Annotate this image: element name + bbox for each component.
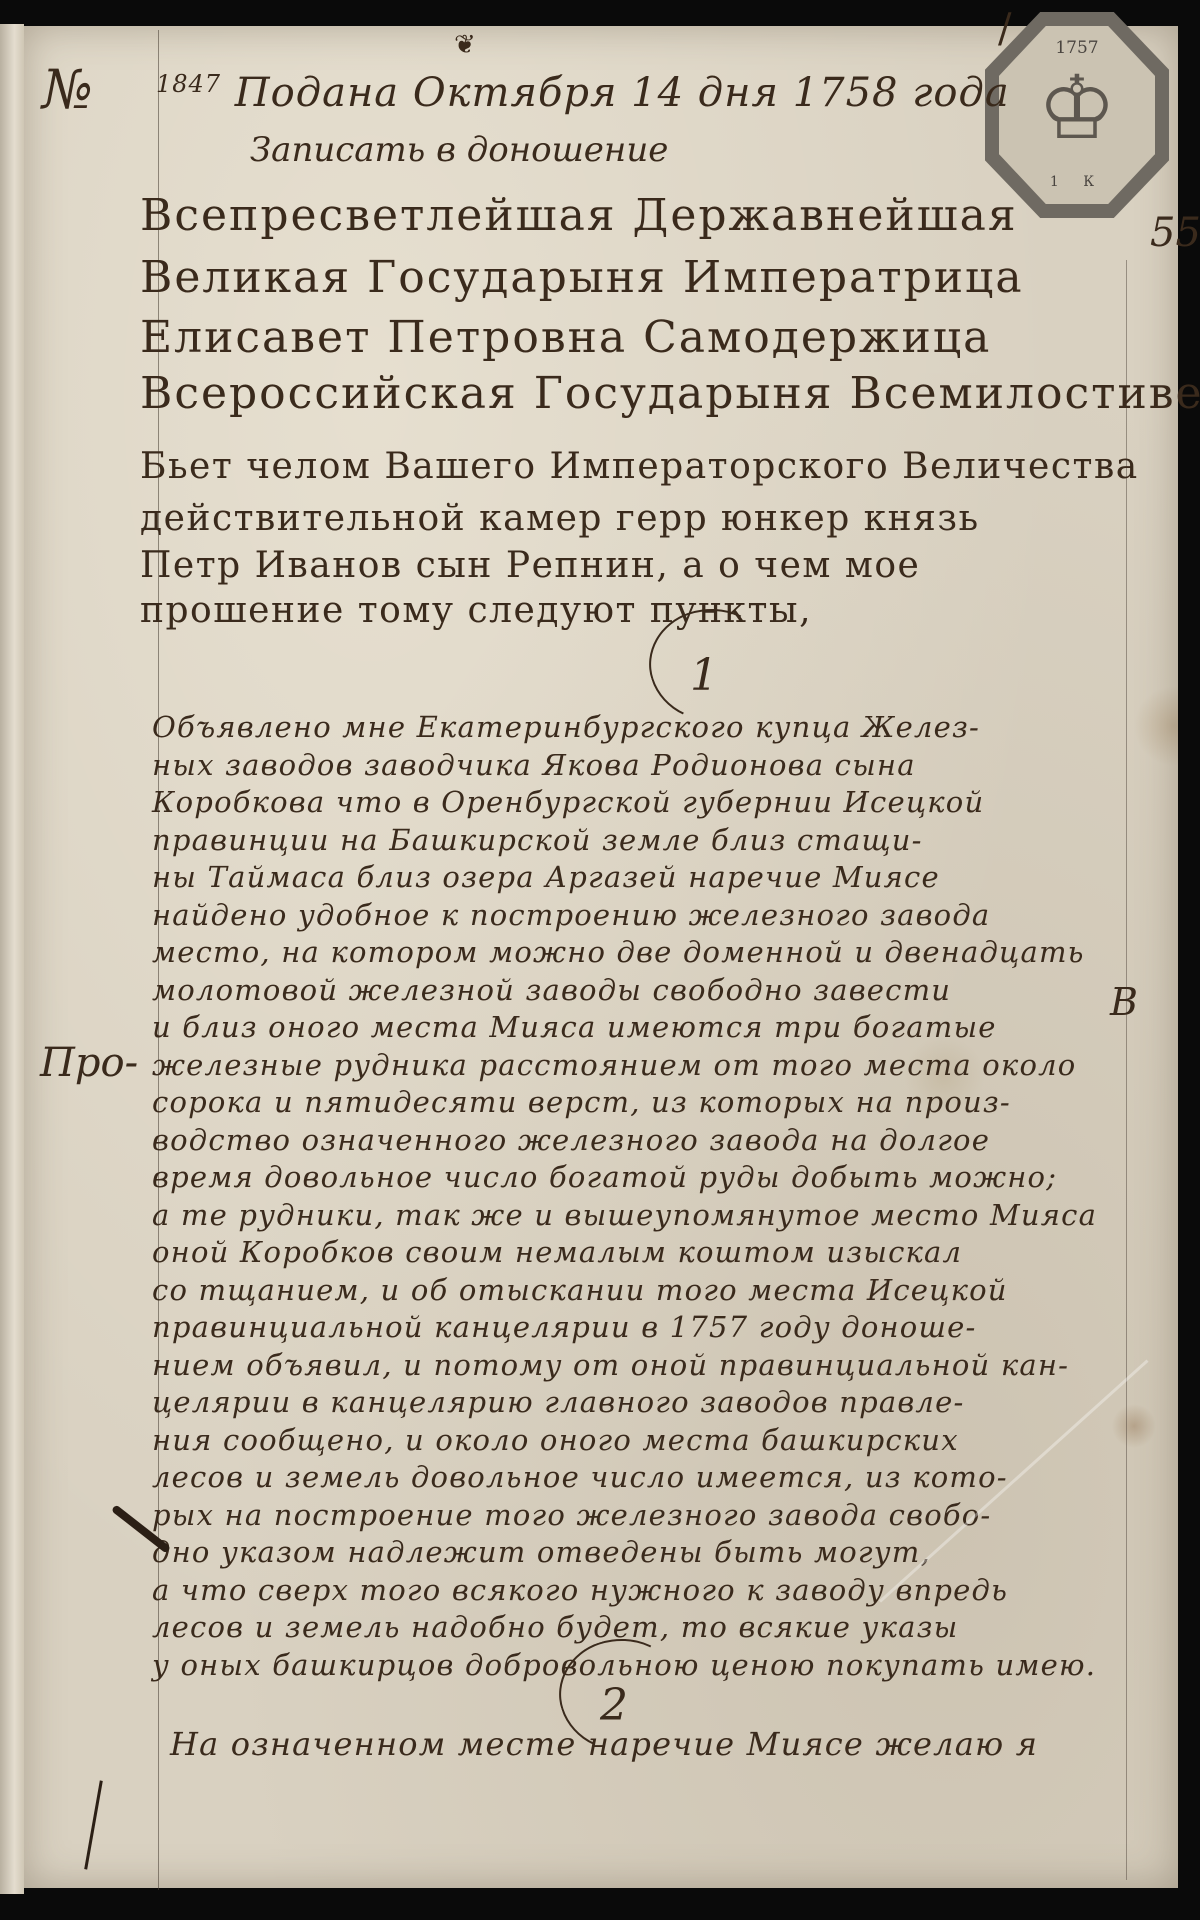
section-number-2: 2	[600, 1680, 628, 1731]
right-margin-rule	[1126, 260, 1127, 1880]
address-line-2: Великая Государыня Императрица	[140, 252, 1024, 303]
top-ink-mark: ❦	[454, 30, 476, 60]
section-1-line: водство означенного железного завода на …	[152, 1123, 990, 1157]
section-1-line: железные рудника расстоянием от того мес…	[152, 1048, 1076, 1082]
section-1-line: найдено удобное к построению железного з…	[152, 898, 990, 932]
section-1-line: ны Таймаса близ озера Аргазей наречие Ми…	[152, 860, 940, 894]
stamp-seal: 1757 ♔ 1 К	[985, 12, 1169, 218]
left-margin-note: Про-	[40, 1040, 138, 1086]
intro-line-1: Бьет челом Вашего Императорского Величес…	[140, 446, 1139, 487]
intro-line-2: действительной камер герр юнкер князь	[140, 498, 980, 539]
right-margin-note: В	[1110, 980, 1138, 1024]
section-1-line: место, на котором можно две доменной и д…	[152, 935, 1085, 969]
submission-date-line: 1847 Подана Октября 14 дня 1758 года	[156, 70, 1010, 116]
document-number-prefix: №	[42, 58, 93, 121]
seal-letters: 1 К	[999, 174, 1155, 190]
section-1-line: сорока и пятидесяти верст, из которых на…	[152, 1085, 1011, 1119]
section-1-line: Коробкова что в Оренбургской губернии Ис…	[152, 785, 984, 819]
section-1-line: Объявлено мне Екатеринбургского купца Же…	[152, 710, 980, 744]
section-1-line: лесов и земель надобно будет, то всякие …	[152, 1610, 958, 1644]
section-1-line: молотовой железной заводы свободно завес…	[152, 973, 951, 1007]
section-1-line: оной Коробков своим немалым коштом изыск…	[152, 1235, 962, 1269]
document-number: 1847	[156, 70, 221, 98]
section-1-line: а те рудники, так же и вышеупомянутое ме…	[152, 1198, 1097, 1232]
section-2-line-1: На означенном месте наречие Миясе желаю …	[170, 1725, 1038, 1763]
seal-year: 1757	[999, 38, 1155, 58]
address-line-4: Всероссийская Государыня Всемилостивейша…	[140, 368, 1200, 419]
section-1-line: правинциальной канцелярии в 1757 году до…	[152, 1310, 977, 1344]
double-headed-eagle-icon: ♔	[999, 64, 1155, 152]
section-1-line: ния сообщено, и около оного места башкир…	[152, 1423, 959, 1457]
section-1-line: со тщанием, и об отыскании того места Ис…	[152, 1273, 1008, 1307]
seal-inner: 1757 ♔ 1 К	[999, 26, 1155, 204]
section-1-line: лесов и земель довольное число имеется, …	[152, 1460, 1008, 1494]
folio-number: 551	[1150, 210, 1200, 256]
section-1-line: рых на построение того железного завода …	[152, 1498, 991, 1532]
section-1-line: дно указом надлежит отведены быть могут,	[152, 1535, 931, 1569]
section-1-line: и близ оного места Мияса имеются три бог…	[152, 1010, 997, 1044]
section-1-line: время довольное число богатой руды добыт…	[152, 1160, 1057, 1194]
submission-date: Подана Октября 14 дня 1758 года	[235, 70, 1010, 116]
section-1-line: правинции на Башкирской земле близ стащи…	[152, 823, 923, 857]
page-binding	[0, 24, 24, 1894]
intro-line-3: Петр Иванов сын Репнин, а о чем мое	[140, 545, 920, 586]
address-line-3: Елисавет Петровна Самодержица	[140, 312, 991, 363]
top-tick-mark: /	[998, 6, 1011, 52]
section-1-line: целярии в канцелярию главного заводов пр…	[152, 1385, 964, 1419]
section-1-line: ных заводов заводчика Якова Родионова сы…	[152, 748, 916, 782]
registration-note: Записать в доношение	[250, 130, 668, 170]
section-1-line: нием объявил, и потому от оной правинциа…	[152, 1348, 1069, 1382]
address-line-1: Всепресветлейшая Державнейшая	[140, 190, 1018, 241]
section-number-1: 1	[690, 650, 718, 701]
